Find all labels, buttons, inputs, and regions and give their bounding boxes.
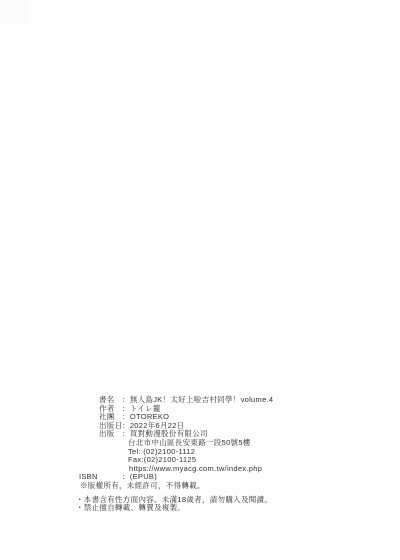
scan-artifact-corner <box>0 0 28 24</box>
ebook-colophon-page: 書名：無人島JK！太好上啦吉村同學！volume.4 作者：トイレ籠 社團：OT… <box>0 0 400 560</box>
publisher-label: 出版 <box>99 430 122 439</box>
publisher-url: https://www.myacg.com.tw/index.php <box>129 465 376 474</box>
isbn-value: (EPUB) <box>130 472 157 481</box>
notice-no-reproduction: ・禁止擅自轉載、轉賣及複製。 <box>76 504 376 513</box>
colophon-block: 書名：無人島JK！太好上啦吉村同學！volume.4 作者：トイレ籠 社團：OT… <box>76 396 376 513</box>
isbn-colon: ： <box>122 472 130 481</box>
copyright-note: ※版權所有，未經許可，不得轉載。 <box>80 482 376 491</box>
